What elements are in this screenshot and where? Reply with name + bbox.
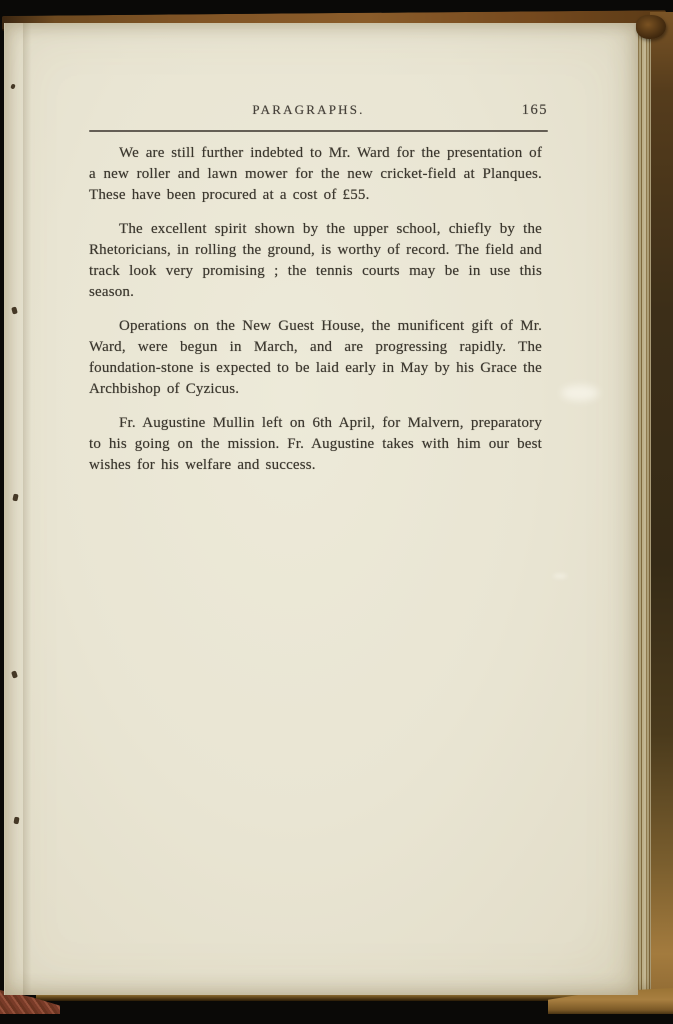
header-rule bbox=[89, 130, 548, 132]
paragraph: Fr. Augustine Mullin left on 6th April, … bbox=[89, 413, 542, 476]
running-header: PARAGRAPHS. 165 bbox=[89, 102, 548, 120]
binding-stitch bbox=[13, 817, 19, 825]
binding-stitch bbox=[11, 670, 18, 678]
paragraph: Operations on the New Guest House, the m… bbox=[89, 316, 542, 400]
book-cover-right-edge bbox=[650, 12, 673, 1014]
paragraph: We are still further indebted to Mr. War… bbox=[89, 143, 542, 206]
scanned-book-photo: PARAGRAPHS. 165 We are still further ind… bbox=[0, 0, 673, 1024]
paragraph: The excellent spirit shown by the upper … bbox=[89, 219, 542, 303]
scan-smudge bbox=[553, 574, 567, 578]
book-page: PARAGRAPHS. 165 We are still further ind… bbox=[4, 23, 638, 995]
scan-smudge bbox=[561, 385, 599, 401]
binding-stitch bbox=[12, 494, 18, 502]
page-body-text: We are still further indebted to Mr. War… bbox=[89, 143, 542, 489]
page-edge-stack bbox=[636, 24, 651, 998]
page-number: 165 bbox=[522, 102, 548, 119]
page-header-title: PARAGRAPHS. bbox=[79, 102, 538, 118]
gutter-crease bbox=[23, 23, 33, 995]
binding-stitch bbox=[10, 83, 15, 89]
binding-stitch bbox=[11, 306, 18, 314]
